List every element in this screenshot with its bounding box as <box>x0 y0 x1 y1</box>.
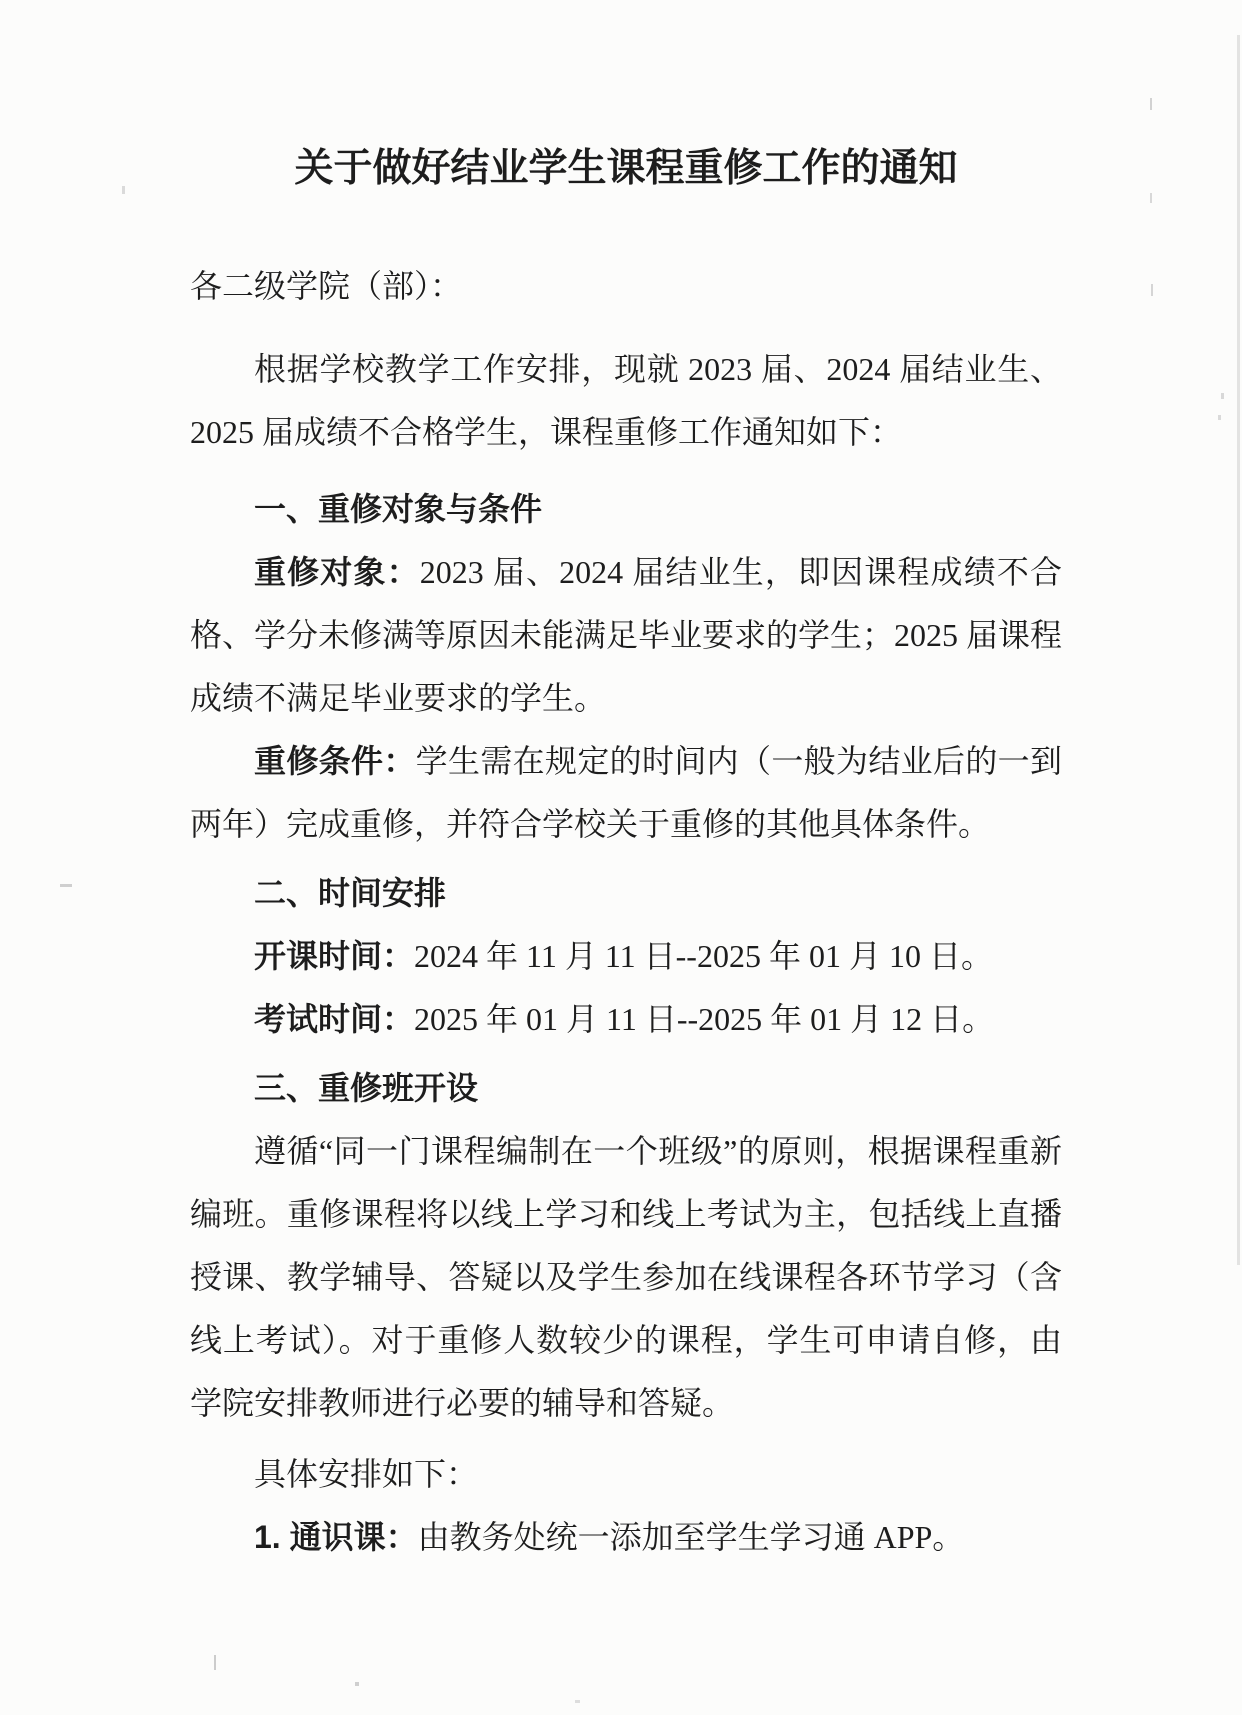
paragraph-text: 遵循“同一门课程编制在一个班级”的原则，根据课程重新编班。重修课程将以线上学习和… <box>190 1133 1062 1421</box>
paragraph-text: 2025 年 01 月 11 日--2025 年 01 月 12 日。 <box>414 1001 994 1037</box>
retake-target-paragraph: 重修对象：2023 届、2024 届结业生，即因课程成绩不合格、学分未修满等原因… <box>190 541 1062 730</box>
scan-edge-artifact <box>1237 35 1240 1265</box>
scan-artifact <box>1150 98 1152 110</box>
section-heading-3: 三、重修班开设 <box>190 1057 1062 1120</box>
scan-artifact <box>60 884 72 887</box>
scan-artifact <box>122 186 125 194</box>
intro-paragraph: 根据学校教学工作安排，现就 2023 届、2024 届结业生、2025 届成绩不… <box>190 338 1062 464</box>
scan-artifact <box>1151 284 1153 296</box>
class-setup-paragraph: 遵循“同一门课程编制在一个班级”的原则，根据课程重新编班。重修课程将以线上学习和… <box>190 1120 1062 1435</box>
scan-artifact <box>1221 393 1224 399</box>
paragraph-lead: 重修条件： <box>254 743 416 779</box>
paragraph-lead: 1. 通识课： <box>254 1519 418 1555</box>
retake-condition-paragraph: 重修条件：学生需在规定的时间内（一般为结业后的一到两年）完成重修，并符合学校关于… <box>190 730 1062 856</box>
general-course-paragraph: 1. 通识课：由教务处统一添加至学生学习通 APP。 <box>190 1506 1062 1569</box>
scan-artifact <box>575 1700 580 1703</box>
paragraph-lead: 重修对象： <box>254 554 420 590</box>
course-start-time-paragraph: 开课时间：2024 年 11 月 11 日--2025 年 01 月 10 日。 <box>190 925 1062 988</box>
scan-artifact <box>1150 193 1152 203</box>
paragraph-text: 根据学校教学工作安排，现就 2023 届、2024 届结业生、2025 届成绩不… <box>190 351 1062 450</box>
scan-artifact <box>355 1682 359 1686</box>
scan-artifact <box>1218 415 1221 420</box>
arrangement-intro-paragraph: 具体安排如下： <box>190 1443 1062 1506</box>
paragraph-lead: 考试时间： <box>254 1001 414 1037</box>
paragraph-text: 2024 年 11 月 11 日--2025 年 01 月 10 日。 <box>414 938 993 974</box>
section-heading-1: 一、重修对象与条件 <box>190 478 1062 541</box>
document-body: 关于做好结业学生课程重修工作的通知 各二级学院（部）： 根据学校教学工作安排，现… <box>190 0 1062 1569</box>
document-title: 关于做好结业学生课程重修工作的通知 <box>190 143 1062 195</box>
exam-time-paragraph: 考试时间：2025 年 01 月 11 日--2025 年 01 月 12 日。 <box>190 988 1062 1051</box>
salutation-line: 各二级学院（部）： <box>190 255 1062 318</box>
scanned-document-page: 关于做好结业学生课程重修工作的通知 各二级学院（部）： 根据学校教学工作安排，现… <box>0 0 1242 1715</box>
section-heading-2: 二、时间安排 <box>190 862 1062 925</box>
paragraph-lead: 开课时间： <box>254 938 414 974</box>
scan-artifact <box>214 1655 216 1670</box>
paragraph-text: 具体安排如下： <box>254 1456 478 1492</box>
paragraph-text: 由教务处统一添加至学生学习通 APP。 <box>418 1519 965 1555</box>
